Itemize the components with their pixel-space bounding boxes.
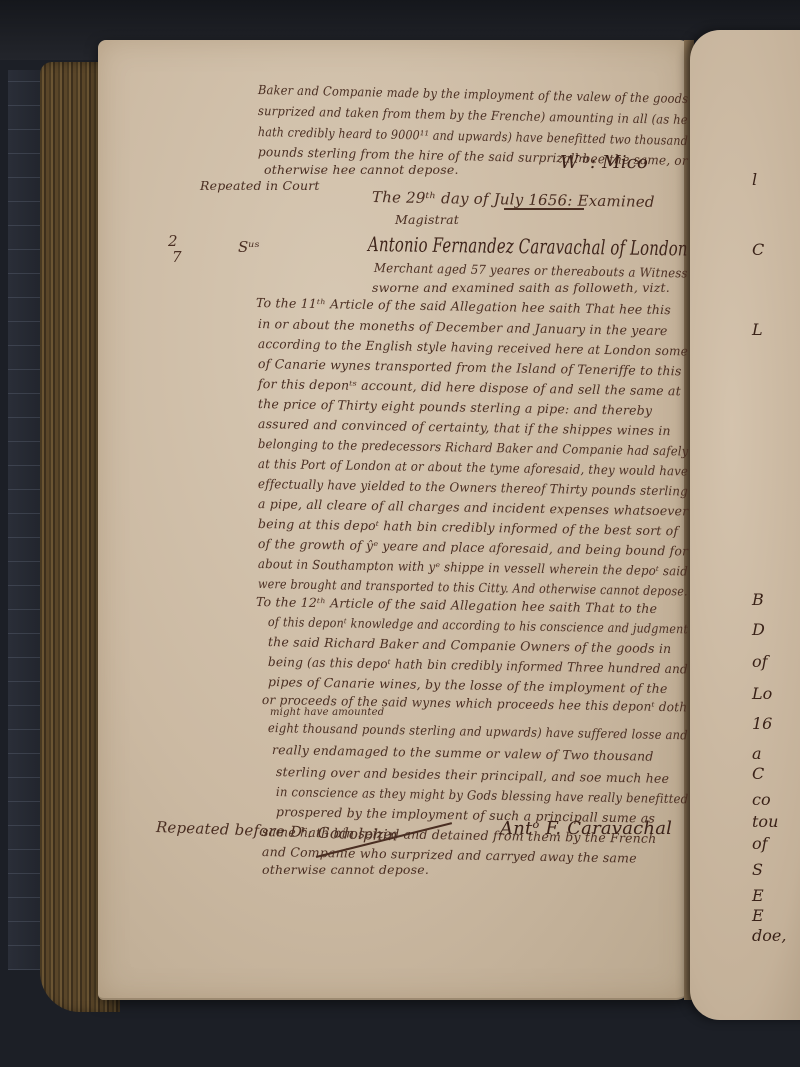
margin-number: 7 xyxy=(172,248,182,266)
signature-deponent: Antᵒ F. Caravachal xyxy=(500,818,672,839)
facing-page-fragment: B xyxy=(752,590,764,609)
facing-page-fragment: C xyxy=(752,240,764,259)
facing-page-fragment: E xyxy=(752,906,764,925)
facing-page-fragment: Lo xyxy=(752,684,772,703)
facing-page-fragment: tou xyxy=(752,812,778,831)
facing-page-fragment: a xyxy=(752,744,762,763)
date-subline: Magistrat xyxy=(395,212,459,227)
facing-page xyxy=(690,30,800,1020)
text-line: otherwise cannot depose. xyxy=(262,862,429,877)
text-line: otherwise hee cannot depose. xyxy=(264,162,459,177)
date-underline xyxy=(504,208,584,210)
facing-page-fragment: of xyxy=(752,834,768,853)
facing-page-fragment: C xyxy=(752,764,764,783)
facing-page-fragment: doe, xyxy=(752,926,786,945)
interlinear-insertion: might have amounted xyxy=(270,707,384,718)
deponent-name: Antonio Fernandez Caravachal of London xyxy=(368,232,688,260)
margin-note: Repeated in Court xyxy=(200,178,320,193)
facing-page-fragment: D xyxy=(752,620,765,639)
margin-number: Sᵘˢ xyxy=(238,238,260,256)
facing-page-fragment: co xyxy=(752,790,771,809)
deponent-description: sworne and examined saith as followeth, … xyxy=(372,280,670,295)
facing-page-fragment: L xyxy=(752,320,763,339)
facing-page-fragment: of xyxy=(752,652,768,671)
facing-page-fragment: S xyxy=(752,860,763,879)
facing-page-fragment: l xyxy=(752,170,757,189)
facing-page-fragment: 16 xyxy=(752,714,772,733)
signature-mico: Wᵐ: Mico xyxy=(560,152,648,173)
facing-page-fragment: E xyxy=(752,886,764,905)
